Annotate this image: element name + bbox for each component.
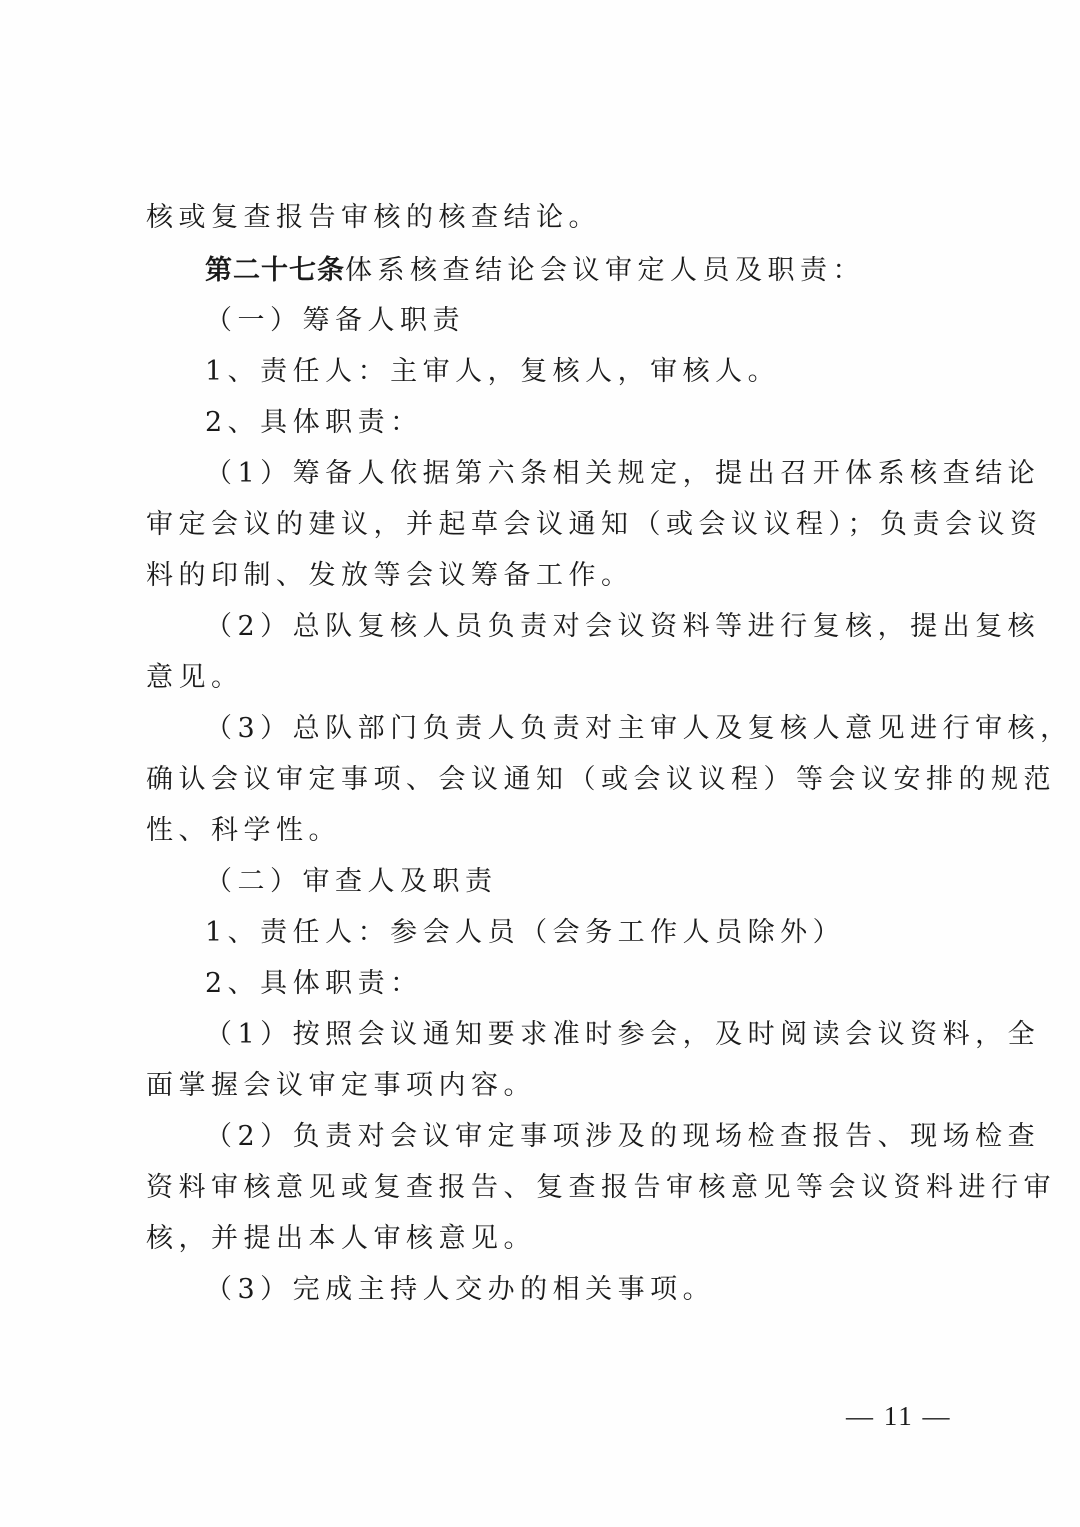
article-label: 第二十七条 xyxy=(205,255,345,286)
paragraph-line: 面掌握会议审定事项内容。 xyxy=(146,1068,536,1104)
paragraph-line: 核，并提出本人审核意见。 xyxy=(146,1221,536,1257)
paragraph-line: 审定会议的建议，并起草会议通知（或会议议程）；负责会议资 xyxy=(146,507,1043,543)
document-page: 核或复查报告审核的核查结论。 第二十七条体系核查结论会议审定人员及职责： （一）… xyxy=(0,0,1080,1527)
paragraph-line: 性、科学性。 xyxy=(146,813,341,849)
list-item: 2、具体职责： xyxy=(205,966,423,1002)
paragraph-line: 意见。 xyxy=(146,660,244,696)
paragraph-line: （1）按照会议通知要求准时参会，及时阅读会议资料，全 xyxy=(205,1017,1040,1053)
paragraph-line: （3）总队部门负责人负责对主审人及复核人意见进行审核， xyxy=(205,711,1073,747)
paragraph-continuation: 核或复查报告审核的核查结论。 xyxy=(146,200,601,236)
section-heading-2: （二）审查人及职责 xyxy=(205,864,498,900)
paragraph-line: （2）总队复核人员负责对会议资料等进行复核，提出复核 xyxy=(205,609,1040,645)
section-heading-1: （一）筹备人职责 xyxy=(205,303,465,339)
paragraph-line: 资料审核意见或复查报告、复查报告审核意见等会议资料进行审 xyxy=(146,1170,1056,1206)
paragraph-line: （3）完成主持人交办的相关事项。 xyxy=(205,1272,715,1308)
paragraph-line: 料的印制、发放等会议筹备工作。 xyxy=(146,558,634,594)
paragraph-line: 确认会议审定事项、会议通知（或会议议程）等会议安排的规范 xyxy=(146,762,1056,798)
article-title: 体系核查结论会议审定人员及职责： xyxy=(345,255,865,286)
page-number: — 11 — xyxy=(846,1398,952,1434)
list-item: 2、具体职责： xyxy=(205,405,423,441)
list-item: 1、责任人：参会人员（会务工作人员除外） xyxy=(205,915,845,951)
paragraph-line: （2）负责对会议审定事项涉及的现场检查报告、现场检查 xyxy=(205,1119,1040,1155)
list-item: 1、责任人：主审人，复核人，审核人。 xyxy=(205,354,780,390)
paragraph-line: （1）筹备人依据第六条相关规定，提出召开体系核查结论 xyxy=(205,456,1040,492)
article-heading: 第二十七条体系核查结论会议审定人员及职责： xyxy=(205,253,865,289)
